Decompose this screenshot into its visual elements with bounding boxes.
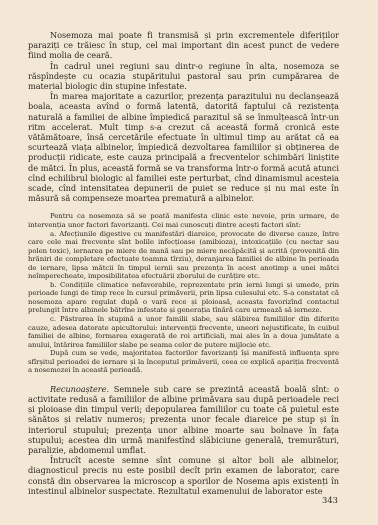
paragraph-diagnosis: Întrucît aceste semne sînt comune și alt… [28, 455, 339, 496]
spacer [28, 375, 339, 384]
recognition-text: Semnele sub care se prezintă această boa… [28, 384, 339, 455]
spacer [28, 203, 339, 212]
paragraph-factor-a: a. Afecțiunile digestive cu manifestări … [28, 230, 339, 281]
page-number: 343 [322, 495, 338, 505]
document-page: Nosemoza mai poate fi transmisă și prin … [28, 30, 339, 496]
recognition-heading: Recunoaștere. [50, 384, 109, 394]
paragraph-recognition: Recunoaștere. Semnele sub care se prezin… [28, 384, 339, 455]
paragraph-latent-form: În marea majoritate a cazurilor, prezenț… [28, 91, 339, 203]
paragraph-transmission: Nosemoza mai poate fi transmisă și prin … [28, 30, 339, 61]
paragraph-factor-c: c. Păstrarea în stupină a unor familii s… [28, 315, 339, 349]
paragraph-favoring-factors-intro: Pentru ca nosemoza să se poată manifesta… [28, 212, 339, 229]
paragraph-factors-summary: După cum se vede, majoritatea factorilor… [28, 349, 339, 375]
paragraph-factor-b: b. Condițiile climatice nefavorabile, re… [28, 281, 339, 315]
paragraph-spread: În cadrul unei regiuni sau dintr-o regiu… [28, 61, 339, 92]
